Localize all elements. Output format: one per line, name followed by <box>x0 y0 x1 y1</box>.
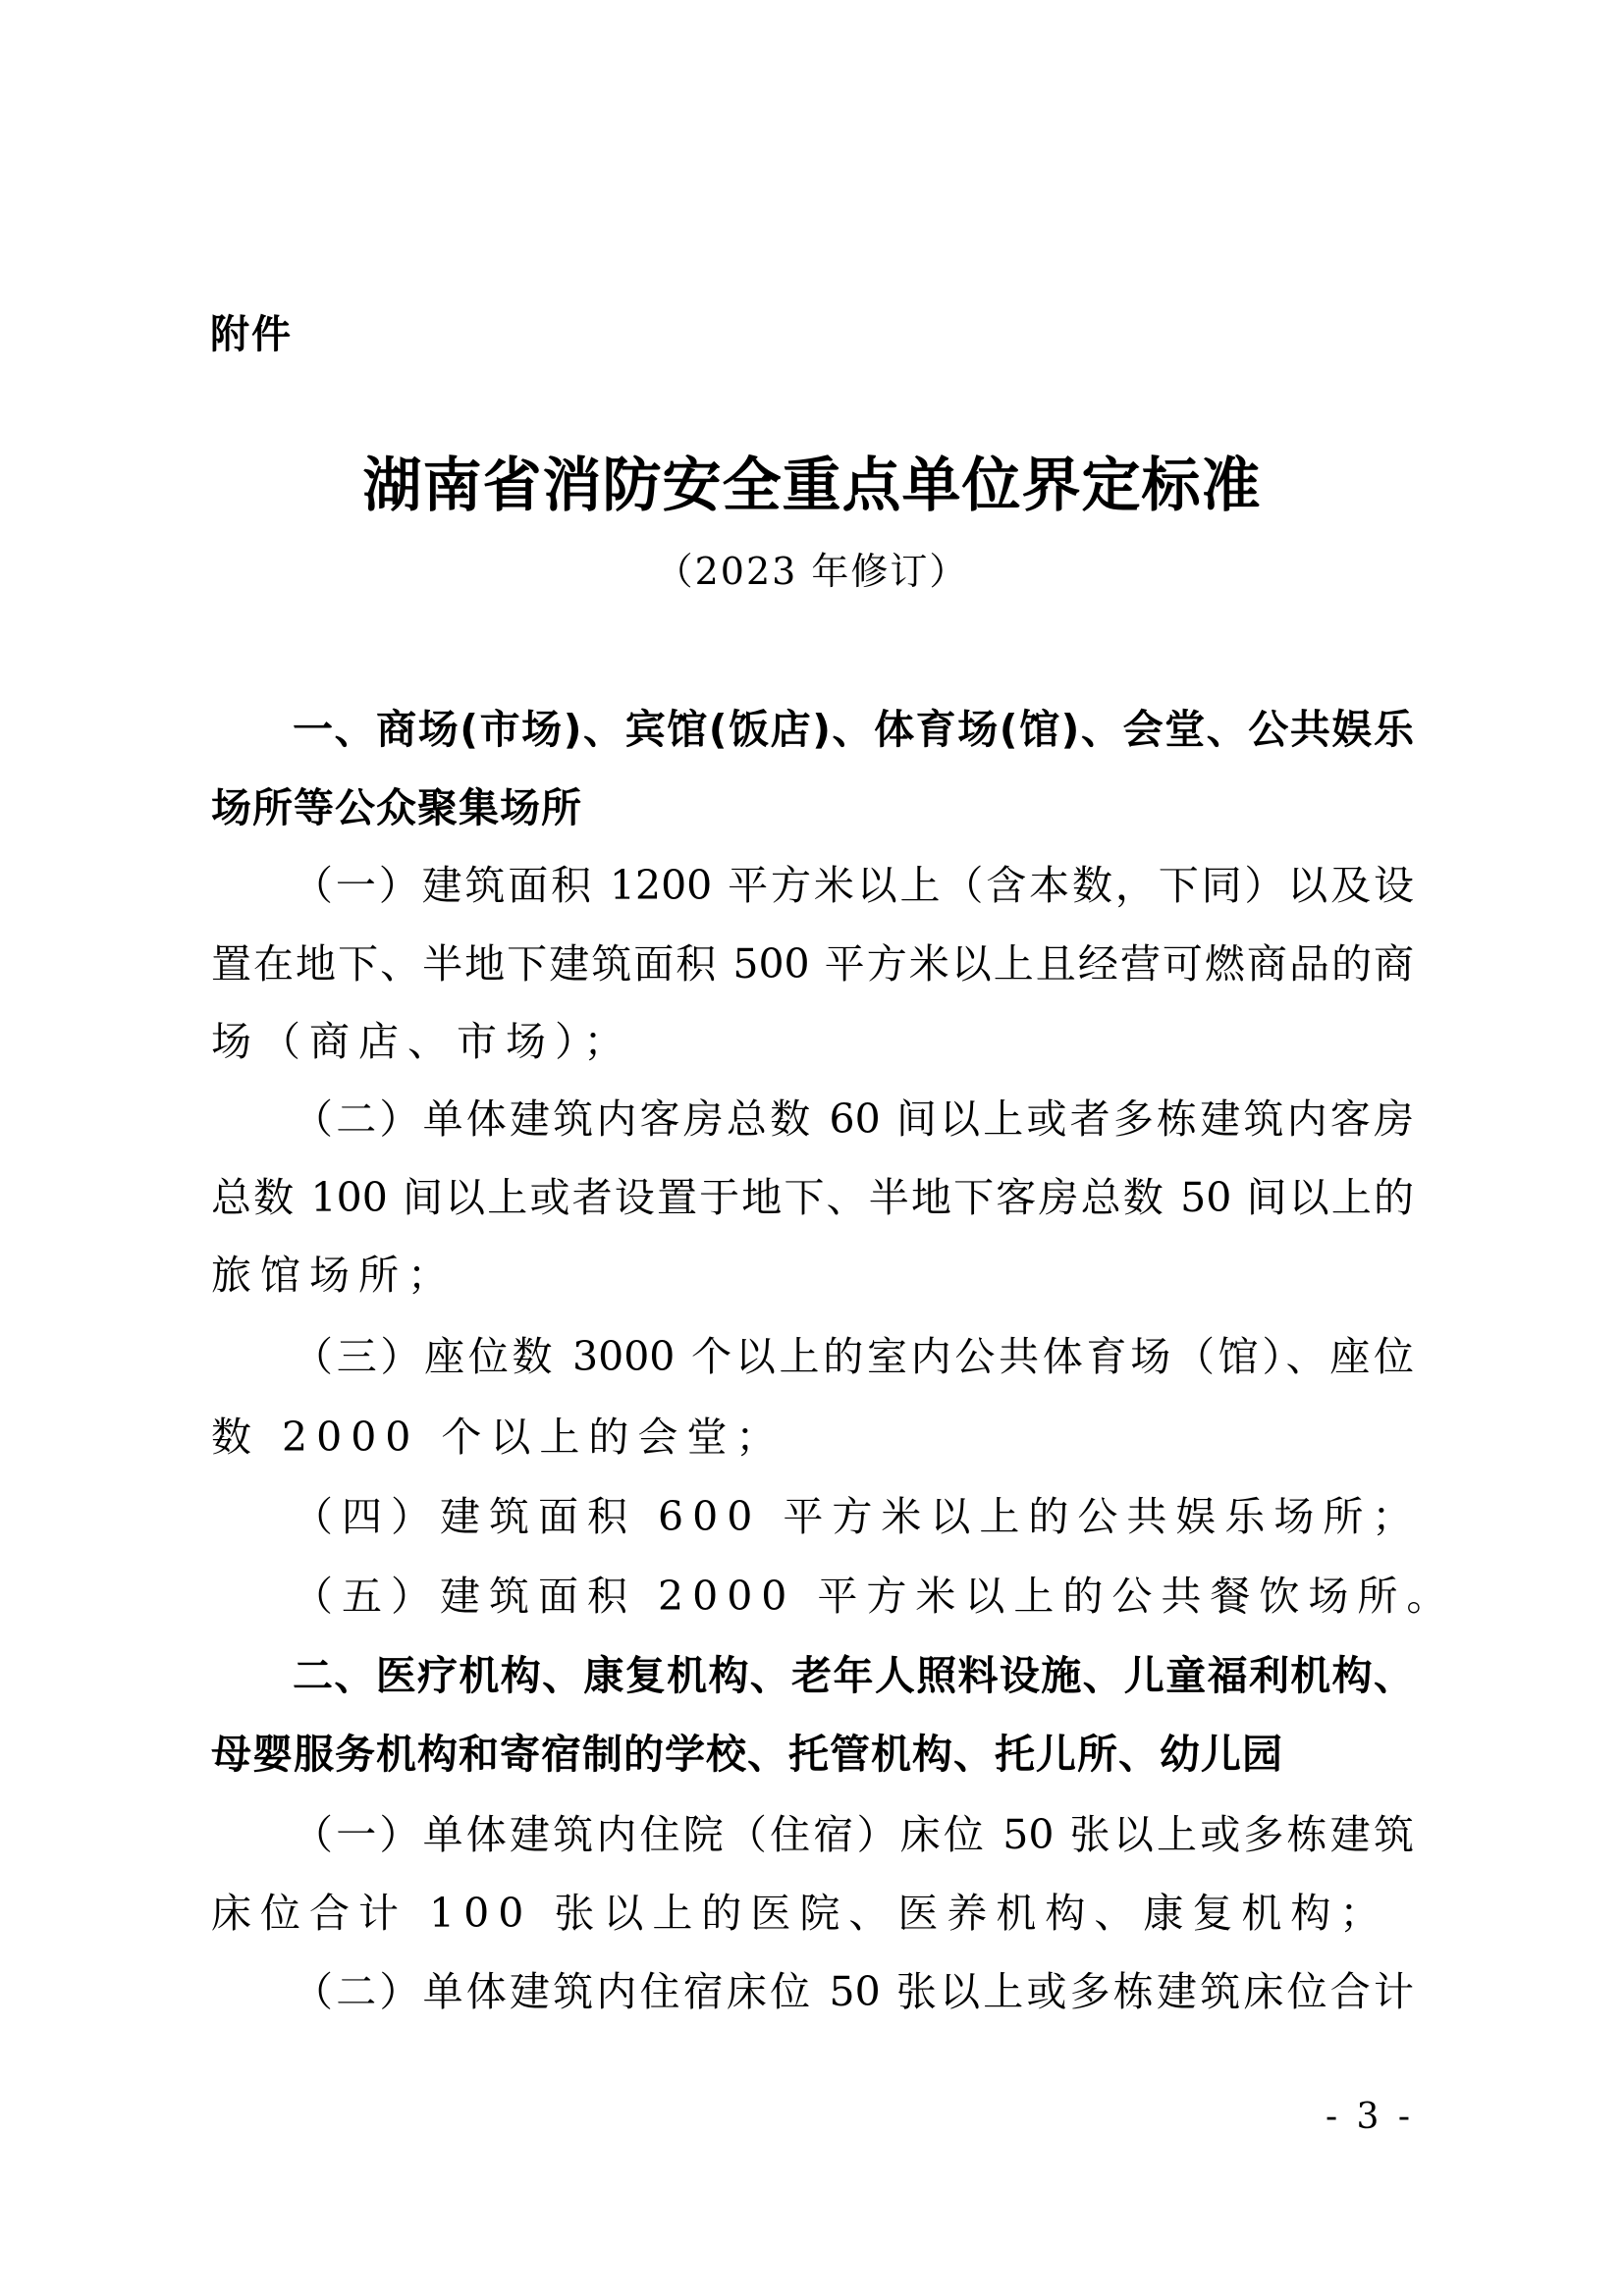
clause-2-2-line-1: （二）单体建筑内住宿床位 50 张以上或多栋建筑床位合计 <box>293 1952 1414 2031</box>
clause-1-5: （五）建筑面积 2000 平方米以上的公共餐饮场所。 <box>293 1557 1414 1635</box>
document-page: 附件 湖南省消防安全重点单位界定标准 （2023 年修订） 一、商场(市场)、宾… <box>0 0 1624 2296</box>
clause-1-1-line-2: 置在地下、半地下建筑面积 500 平方米以上且经营可燃商品的商 <box>211 925 1414 1003</box>
section-heading-1-line-2: 场所等公众聚集场所 <box>211 769 1414 847</box>
section-heading-2-line-2: 母婴服务机构和寄宿制的学校、托管机构、托儿所、幼儿园 <box>211 1715 1414 1793</box>
clause-2-1-line-2: 床位合计 100 张以上的医院、医养机构、康复机构； <box>211 1874 1414 1952</box>
clause-1-2-line-3: 旅馆场所； <box>211 1236 1414 1314</box>
document-subtitle: （2023 年修订） <box>0 548 1624 595</box>
section-heading-1-line-1: 一、商场(市场)、宾馆(饭店)、体育场(馆)、会堂、公共娱乐 <box>293 690 1414 769</box>
clause-1-3-line-1: （三）座位数 3000 个以上的室内公共体育场（馆）、座位 <box>293 1317 1414 1396</box>
clause-1-1-line-3: 场（商店、市场）； <box>211 1002 1414 1081</box>
clause-1-1-line-1: （一）建筑面积 1200 平方米以上（含本数，下同）以及设 <box>293 846 1414 925</box>
clause-2-1-line-1: （一）单体建筑内住院（住宿）床位 50 张以上或多栋建筑 <box>293 1795 1414 1874</box>
clause-1-4: （四）建筑面积 600 平方米以上的公共娱乐场所； <box>293 1477 1414 1556</box>
clause-1-2-line-2: 总数 100 间以上或者设置于地下、半地下客房总数 50 间以上的 <box>211 1158 1414 1237</box>
section-heading-2-line-1: 二、医疗机构、康复机构、老年人照料设施、儿童福利机构、 <box>293 1636 1414 1715</box>
page-number: - 3 - <box>1306 2094 1434 2141</box>
clause-1-3-line-2: 数 2000 个以上的会堂； <box>211 1398 1414 1476</box>
document-title: 湖南省消防安全重点单位界定标准 <box>0 447 1624 525</box>
attachment-label: 附件 <box>210 312 293 357</box>
clause-1-2-line-1: （二）单体建筑内客房总数 60 间以上或者多栋建筑内客房 <box>293 1080 1414 1158</box>
